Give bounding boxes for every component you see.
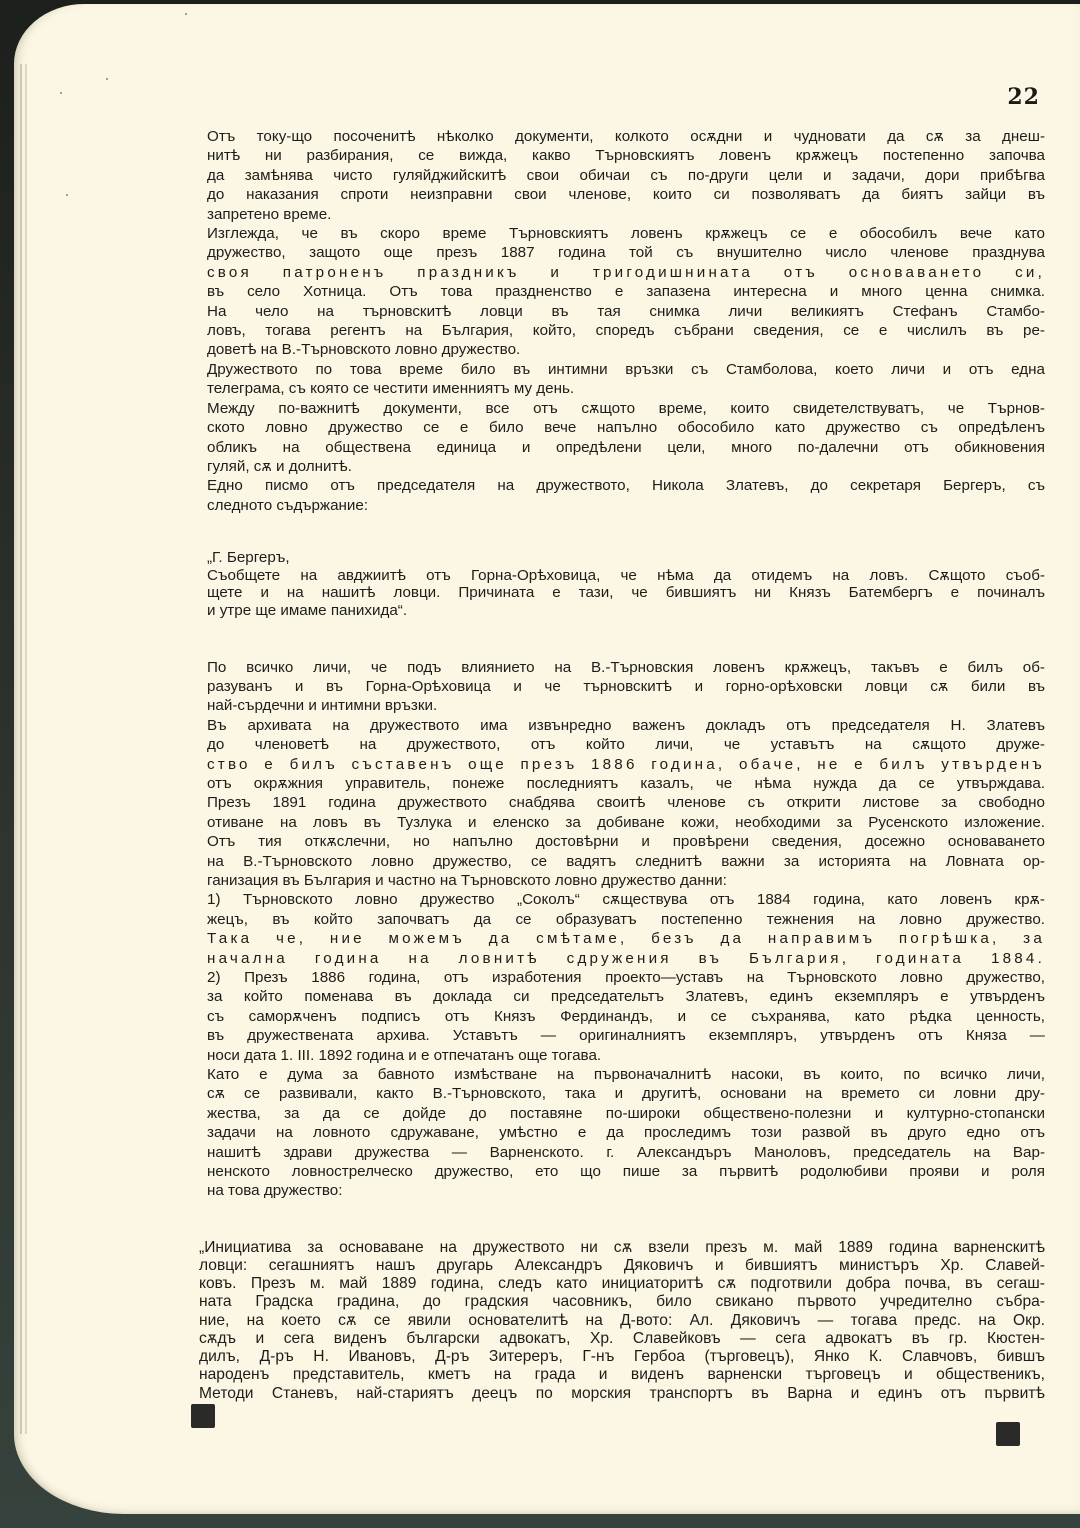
text-line: отъ окрѫжния управитель, понеже последни…: [207, 774, 1045, 793]
text-line: 2) Презъ 1886 година, отъ изработения пр…: [207, 968, 1045, 987]
text-line: ловци: сегашниятъ нашъ другарь Александр…: [199, 1257, 1045, 1275]
text-line: Дружеството по това време било въ интимн…: [207, 360, 1045, 379]
text-line: до членоветѣ на дружеството, отъ който л…: [207, 735, 1045, 754]
text-line: дилъ, Д-ръ Н. Ивановъ, Д-ръ Зитереръ, Г-…: [199, 1348, 1045, 1366]
numbered-paragraph: 2) Презъ 1886 година, отъ изработения пр…: [207, 968, 1045, 1065]
paragraph: Отъ тия откѫслечни, но напълно достовѣрн…: [207, 832, 1045, 890]
text-line: съ саморѫченъ подписъ отъ Князъ Фердинан…: [207, 1007, 1045, 1026]
text-line: своя патроненъ праздникъ и тригодишнинат…: [207, 263, 1045, 282]
quoted-letter: „Г. Бергеръ, Съобщете на авджиитѣ отъ Го…: [207, 549, 1045, 619]
text-line: Методи Станевъ, най-стариятъ деецъ по мо…: [199, 1385, 1045, 1403]
text-line: до наказания спроти неизправни свои член…: [207, 185, 1045, 204]
text-line: носи дата 1. III. 1892 година и е отпеча…: [207, 1046, 1045, 1065]
text-line: сѫ се развивали, както В.-Търновското, т…: [207, 1084, 1045, 1103]
text-line: 1) Търновското ловно дружество „Соколъ“ …: [207, 890, 1045, 909]
print-registration-mark: [996, 1422, 1020, 1446]
paragraph: Отъ току-що посоченитѣ нѣколко документи…: [207, 127, 1045, 224]
text-line: въ село Хотница. Отъ това праздненство е…: [207, 282, 1045, 301]
text-line: и утре ще имаме панихида“.: [207, 602, 1045, 620]
paragraph: Между по-важнитѣ документи, все отъ сѫщо…: [207, 399, 1045, 477]
paragraph: Презъ 1891 година дружеството снабдява с…: [207, 793, 1045, 832]
text-line: разуванъ и въ Горна-Орѣховица и че търно…: [207, 677, 1045, 696]
spacer: [207, 620, 1045, 658]
text-line: Презъ 1891 година дружеството снабдява с…: [207, 793, 1045, 812]
text-line: „Инициатива за основаване на дружеството…: [199, 1239, 1045, 1257]
text-line: ковъ. Презъ м. май 1889 година, следъ ка…: [199, 1275, 1045, 1293]
paper-speck: [66, 194, 68, 196]
page-number: 22: [1007, 84, 1040, 110]
text-line: за който поменава въ доклада си председа…: [207, 987, 1045, 1006]
paragraph: Като е дума за бавното измѣстване на пър…: [207, 1065, 1045, 1201]
paper-speck: [60, 92, 62, 94]
text-line: дружество, защото още презъ 1887 година …: [207, 243, 1045, 262]
text-line: сѫдъ и сега виденъ български адвокатъ, Х…: [199, 1330, 1045, 1348]
book-page: 22 Отъ току-що посоченитѣ нѣколко докуме…: [14, 4, 1080, 1514]
paragraph: Въ архивата на дружеството има извънредн…: [207, 716, 1045, 794]
paragraph: Едно писмо отъ председателя на дружество…: [207, 476, 1045, 515]
text-line: доветѣ на В.-Търновското ловно дружество…: [207, 340, 1045, 359]
text-line: ловъ, тогава регентъ на България, който,…: [207, 321, 1045, 340]
text-line: ние, на което сѫ се явили основателитѣ н…: [199, 1312, 1045, 1330]
text-line: задачи на ловното сдружаване, умѣстно е …: [207, 1123, 1045, 1142]
paper-speck: [185, 13, 187, 15]
text-line: ското ловно дружество се е било вече нап…: [207, 418, 1045, 437]
paragraph: По всичко личи, че подъ влиянието на В.-…: [207, 658, 1045, 716]
text-line: следното съдържание:: [207, 496, 1045, 515]
text-line: жецъ, въ който започватъ да се образуват…: [207, 910, 1045, 929]
text-line: телеграма, съ която се честити именниятъ…: [207, 379, 1045, 398]
text-line: запретено време.: [207, 205, 1045, 224]
print-registration-mark: [191, 1404, 215, 1428]
text-line: ненското ловнострелческо дружество, ето …: [207, 1162, 1045, 1181]
text-line: По всичко личи, че подъ влиянието на В.-…: [207, 658, 1045, 677]
text-line: народенъ представитель, кметъ на града и…: [199, 1366, 1045, 1384]
text-line: Съобщете на авджиитѣ отъ Горна-Орѣховица…: [207, 567, 1045, 585]
text-line: жества, за да се дойде до поставяне по-ш…: [207, 1104, 1045, 1123]
paragraph: Дружеството по това време било въ интимн…: [207, 360, 1045, 399]
text-line: да замѣнява чисто гуляйджийскитѣ свои об…: [207, 166, 1045, 185]
text-line: Като е дума за бавното измѣстване на пър…: [207, 1065, 1045, 1084]
spacer: [207, 515, 1045, 549]
text-line: Изглежда, че въ скоро време Търновскиятъ…: [207, 224, 1045, 243]
text-line: Отъ тия откѫслечни, но напълно достовѣрн…: [207, 832, 1045, 851]
page-edge-line: [20, 64, 22, 1434]
text-line: обликъ на обществена единица и опредѣлен…: [207, 438, 1045, 457]
text-line: Едно писмо отъ председателя на дружество…: [207, 476, 1045, 495]
paragraph: Изглежда, че въ скоро време Търновскиятъ…: [207, 224, 1045, 360]
paper-speck: [106, 78, 108, 80]
numbered-paragraph: 1) Търновското ловно дружество „Соколъ“ …: [207, 890, 1045, 968]
spacer: [207, 1201, 1045, 1239]
text-line: отиване на ловъ въ Тузлука и еленско за …: [207, 813, 1045, 832]
text-line: Между по-важнитѣ документи, все отъ сѫщо…: [207, 399, 1045, 418]
text-line: нитѣ ни разбирания, се вижда, какво Търн…: [207, 146, 1045, 165]
text-line: ганизация въ България и частно на Търнов…: [207, 871, 1045, 890]
page-edge-line: [25, 64, 27, 1434]
text-line: най-сърдечни и интимни връзки.: [207, 696, 1045, 715]
text-line: „Г. Бергеръ,: [207, 549, 1045, 567]
text-line: ство е билъ съставенъ още презъ 1886 год…: [207, 755, 1045, 774]
text-line: въ дружествената архива. Уставътъ — ориг…: [207, 1026, 1045, 1045]
text-line: на това дружество:: [207, 1181, 1045, 1200]
text-line: щете и на нашитѣ ловци. Причината е тази…: [207, 584, 1045, 602]
text-line: Отъ току-що посоченитѣ нѣколко документи…: [207, 127, 1045, 146]
text-line: ната Градска градина, до градския часовн…: [199, 1293, 1045, 1311]
text-line: Въ архивата на дружеството има извънредн…: [207, 716, 1045, 735]
text-line: Така че, ние можемъ да смѣтаме, безъ да …: [207, 929, 1045, 948]
text-line: нашитѣ здрави дружества — Варненското. г…: [207, 1143, 1045, 1162]
text-line: на В.-Търновското ловно дружество, се ва…: [207, 852, 1045, 871]
text-line: На чело на търновскитѣ ловци въ тая сним…: [207, 302, 1045, 321]
quoted-passage: „Инициатива за основаване на дружеството…: [199, 1239, 1045, 1403]
body-text: Отъ току-що посоченитѣ нѣколко документи…: [207, 127, 1045, 1403]
text-line: начална година на ловнитѣ сдружения въ Б…: [207, 949, 1045, 968]
text-line: гуляй, сѫ и долнитѣ.: [207, 457, 1045, 476]
